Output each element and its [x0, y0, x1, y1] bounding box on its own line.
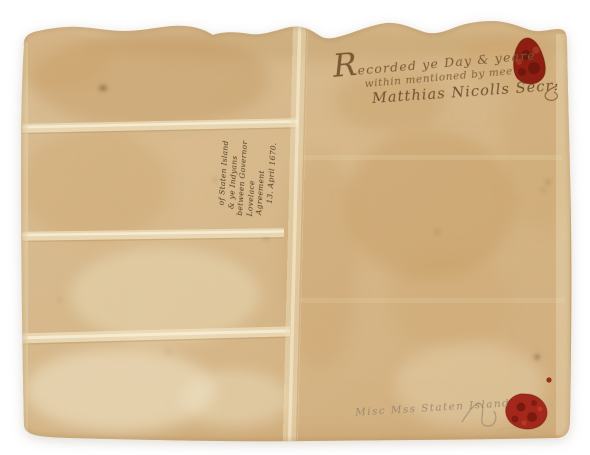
- docket-endorsement: 13. April 1670. Agreement between Govern…: [216, 126, 279, 218]
- document-photo: Recorded ye Day & yeare within mentioned…: [0, 0, 590, 455]
- wax-droplet: [546, 377, 551, 382]
